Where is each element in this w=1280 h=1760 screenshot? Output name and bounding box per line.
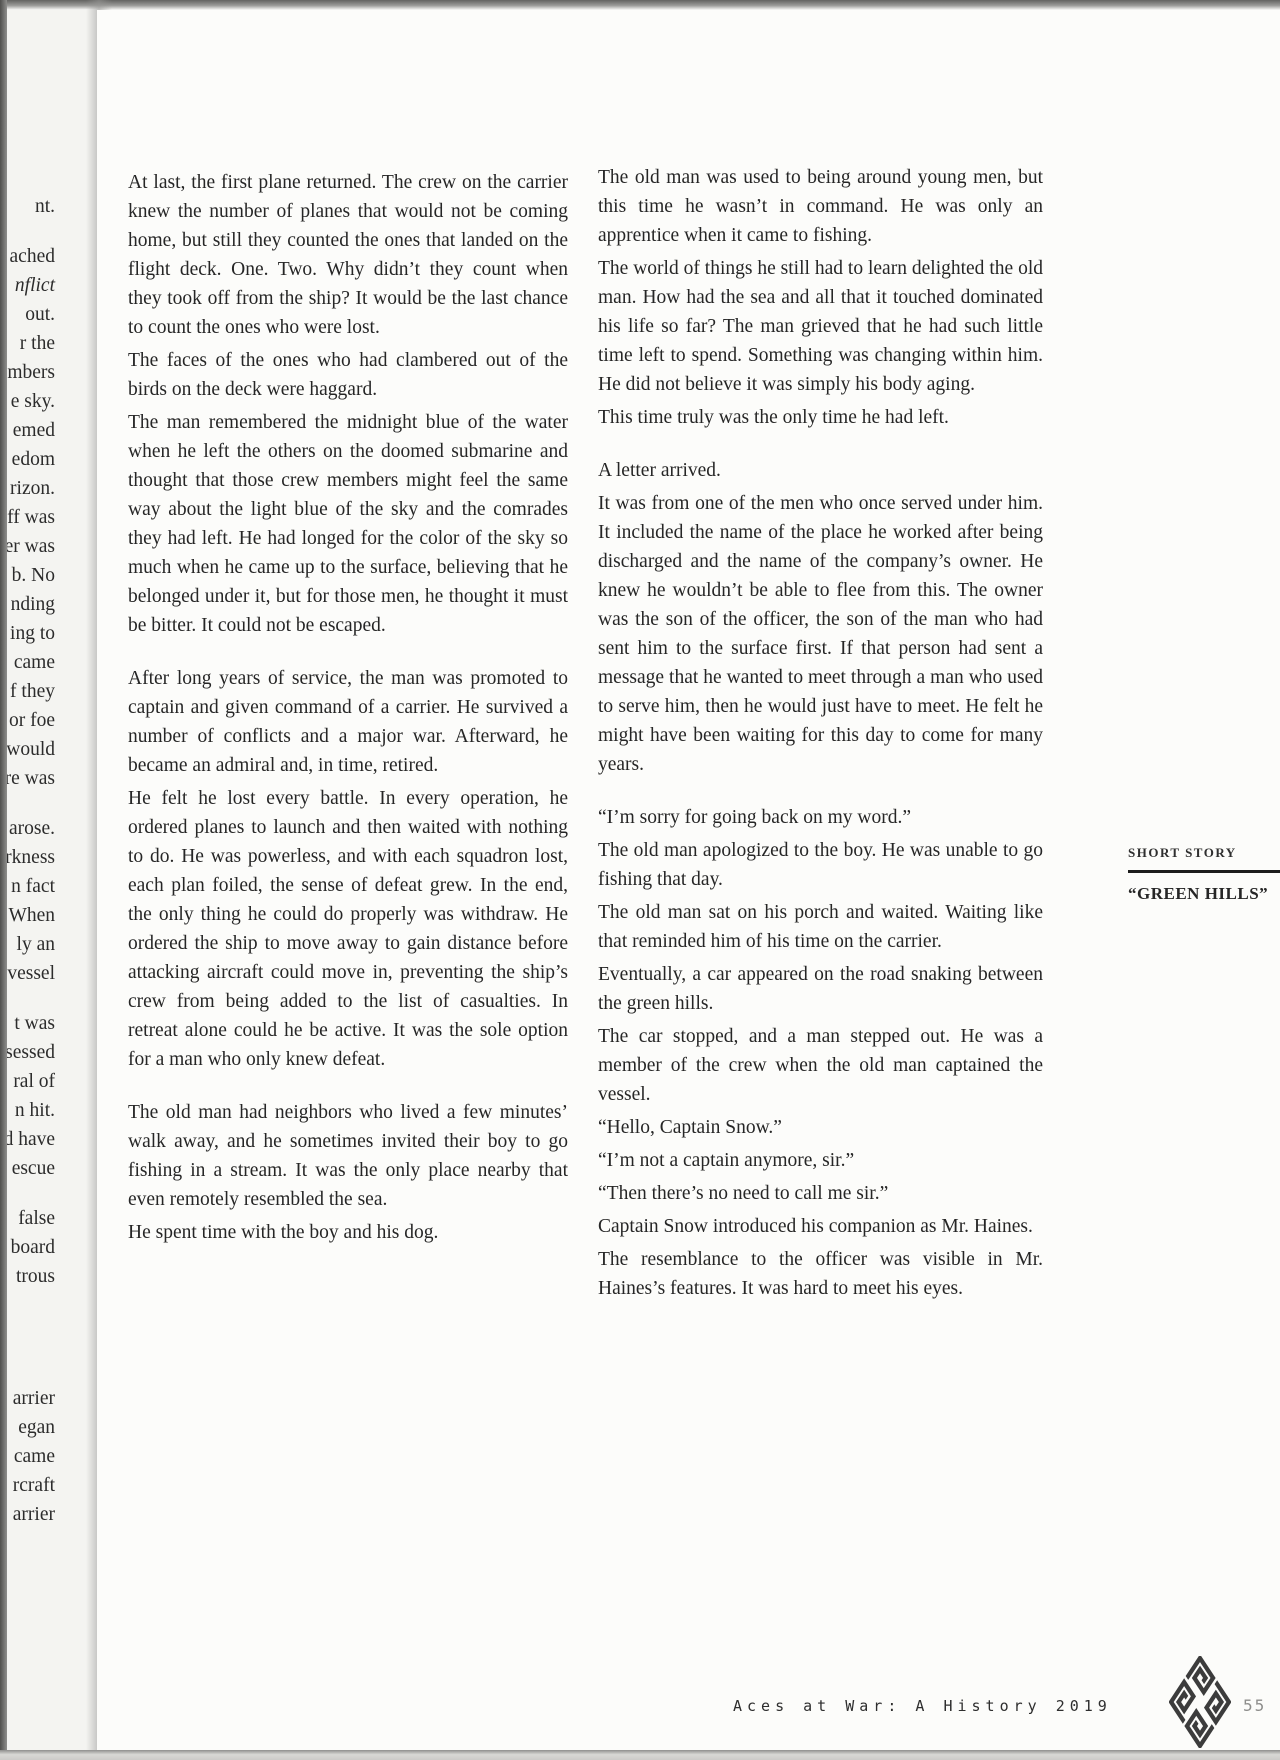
story-callout: SHORT STORY “GREEN HILLS” xyxy=(1128,845,1280,904)
cut-off-text-fragment: rizon. xyxy=(7,474,55,503)
story-paragraph: The faces of the ones who had clambered … xyxy=(128,346,568,404)
story-paragraph: “Hello, Captain Snow.” xyxy=(598,1113,1043,1142)
cut-off-text-fragment: out. xyxy=(7,300,55,329)
cut-off-text-fragment: r the xyxy=(7,329,55,358)
story-paragraph: This time truly was the only time he had… xyxy=(598,403,1043,432)
cut-off-text-fragment: t was xyxy=(7,1009,55,1038)
story-paragraph: The car stopped, and a man stepped out. … xyxy=(598,1022,1043,1109)
story-column-left: At last, the first plane returned. The c… xyxy=(128,168,568,1251)
cut-off-text-fragment: ff was xyxy=(7,503,55,532)
cut-off-text-fragment: b. No xyxy=(7,561,55,590)
story-paragraph: “I’m sorry for going back on my word.” xyxy=(598,803,1043,832)
cut-off-text-fragment: or foe xyxy=(7,706,55,735)
cut-off-text-fragment: d have xyxy=(7,1125,55,1154)
cut-off-text-fragment: ly an xyxy=(7,930,55,959)
cut-off-text-fragment: came xyxy=(7,648,55,677)
story-paragraph: “Then there’s no need to call me sir.” xyxy=(598,1179,1043,1208)
story-paragraph: The old man was used to being around you… xyxy=(598,163,1043,250)
story-paragraph: The man remembered the midnight blue of … xyxy=(128,408,568,640)
cut-off-text-fragment: rkness xyxy=(7,843,55,872)
story-paragraph: The old man apologized to the boy. He wa… xyxy=(598,836,1043,894)
publisher-diamond-logo-icon xyxy=(1169,1656,1231,1753)
cut-off-text-fragment: false xyxy=(7,1204,55,1233)
previous-page-text-fragments: nt.achednflictout.r themberse sky.emeded… xyxy=(7,192,55,1550)
cut-off-text-fragment: mbers xyxy=(7,358,55,387)
cut-off-text-fragment: arose. xyxy=(7,814,55,843)
cut-off-text-fragment: arrier xyxy=(7,1500,55,1529)
cut-off-text-fragment: ral of xyxy=(7,1067,55,1096)
cut-off-text-fragment: escue xyxy=(7,1154,55,1183)
scan-left-edge xyxy=(0,0,7,1760)
cut-off-text-fragment: e sky. xyxy=(7,387,55,416)
book-title-footer: Aces at War: A History 2019 xyxy=(733,1697,1112,1715)
cut-off-text-fragment: vessel xyxy=(7,959,55,988)
fragment-group: arrieregancamercraftarrier xyxy=(7,1384,55,1529)
fragment-group: arose.rknessn factWhenly anvessel xyxy=(7,814,55,988)
story-paragraph: “I’m not a captain anymore, sir.” xyxy=(598,1146,1043,1175)
cut-off-text-fragment: f they xyxy=(7,677,55,706)
cut-off-text-fragment: egan xyxy=(7,1413,55,1442)
cut-off-text-fragment: rcraft xyxy=(7,1471,55,1500)
scan-top-edge xyxy=(0,0,1280,10)
page-number: 55 xyxy=(1243,1696,1266,1715)
story-paragraph: At last, the first plane returned. The c… xyxy=(128,168,568,342)
fragment-group: t wassessedral ofn hit.d haveescue xyxy=(7,1009,55,1183)
callout-rule xyxy=(1128,870,1280,873)
cut-off-text-fragment: board xyxy=(7,1233,55,1262)
cut-off-text-fragment: arrier xyxy=(7,1384,55,1413)
cut-off-text-fragment: sessed xyxy=(7,1038,55,1067)
story-paragraph: He felt he lost every battle. In every o… xyxy=(128,784,568,1074)
story-paragraph: The resemblance to the officer was visib… xyxy=(598,1245,1043,1303)
scanned-book-page: { "prev_page": { "fragment_groups": [ {"… xyxy=(0,0,1280,1760)
story-title: “GREEN HILLS” xyxy=(1128,884,1280,904)
previous-page-sliver: nt.achednflictout.r themberse sky.emeded… xyxy=(7,10,97,1750)
cut-off-text-fragment: would xyxy=(7,735,55,764)
story-paragraph: The world of things he still had to lear… xyxy=(598,254,1043,399)
scan-bottom-edge xyxy=(0,1750,1280,1760)
story-column-right: The old man was used to being around you… xyxy=(598,163,1043,1307)
fragment-group: achednflictout.r themberse sky.emededomr… xyxy=(7,242,55,793)
cut-off-text-fragment: When xyxy=(7,901,55,930)
cut-off-text-fragment: edom xyxy=(7,445,55,474)
cut-off-text-fragment: n fact xyxy=(7,872,55,901)
cut-off-text-fragment: ached xyxy=(7,242,55,271)
fragment-group: falseboardtrous xyxy=(7,1204,55,1291)
cut-off-text-fragment: re was xyxy=(7,764,55,793)
cut-off-text-fragment: n hit. xyxy=(7,1096,55,1125)
cut-off-text-fragment: nt. xyxy=(7,192,55,221)
story-paragraph: The old man had neighbors who lived a fe… xyxy=(128,1098,568,1214)
story-paragraph: A letter arrived. xyxy=(598,456,1043,485)
story-type-label: SHORT STORY xyxy=(1128,845,1280,861)
story-paragraph: Eventually, a car appeared on the road s… xyxy=(598,960,1043,1018)
cut-off-text-fragment: trous xyxy=(7,1262,55,1291)
cut-off-text-fragment: ing to xyxy=(7,619,55,648)
cut-off-text-fragment: came xyxy=(7,1442,55,1471)
story-paragraph: After long years of service, the man was… xyxy=(128,664,568,780)
cut-off-text-fragment: emed xyxy=(7,416,55,445)
cut-off-text-fragment: nding xyxy=(7,590,55,619)
cut-off-text-fragment: er was xyxy=(7,532,55,561)
fragment-group: nt. xyxy=(7,192,55,221)
cut-off-text-fragment: nflict xyxy=(7,271,55,300)
story-paragraph: Captain Snow introduced his companion as… xyxy=(598,1212,1043,1241)
story-paragraph: He spent time with the boy and his dog. xyxy=(128,1218,568,1247)
story-paragraph: The old man sat on his porch and waited.… xyxy=(598,898,1043,956)
current-page: At last, the first plane returned. The c… xyxy=(97,10,1280,1750)
story-paragraph: It was from one of the men who once serv… xyxy=(598,489,1043,779)
